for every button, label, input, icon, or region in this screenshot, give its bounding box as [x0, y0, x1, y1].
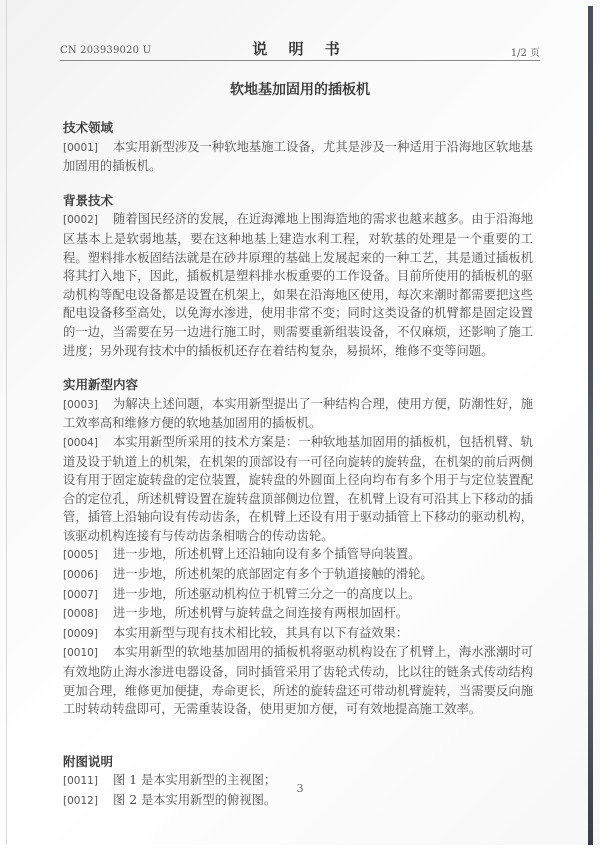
paragraph-text: 进一步地，所述机臂与旋转盘之间连接有两根加固杆。 [113, 606, 408, 620]
document-body: 技术领域 [0001]本实用新型涉及一种软地基施工设备，尤其是涉及一种适用于沿海… [63, 119, 533, 811]
paragraph-number: [0005] [63, 546, 113, 565]
paragraph-text: 随着国民经济的发展，在近海滩地上围海造地的需求也越来越多。由于沿海地区基本上是软… [63, 212, 533, 357]
paragraph-text: 本实用新型所采用的技术方案是：一种软地基加固用的插板机，包括机臂、轨道及设于轨道… [63, 435, 533, 543]
paragraph-0001: [0001]本实用新型涉及一种软地基施工设备，尤其是涉及一种适用于沿海地区软地基… [63, 138, 533, 176]
paragraph-0003: [0003]为解决上述问题，本实用新型提出了一种结构合理，使用方便，防潮性好，施… [63, 395, 533, 433]
paragraph-text: 进一步地，所述驱动机构位于机臂三分之一的高度以上。 [113, 587, 420, 601]
paragraph-0005: [0005]进一步地，所述机臂上还沿轴向设有多个插管导向装置。 [63, 545, 533, 565]
section-heading-technical-field: 技术领域 [63, 119, 533, 138]
paragraph-0008: [0008]进一步地，所述机臂与旋转盘之间连接有两根加固杆。 [63, 604, 533, 624]
paragraph-0004: [0004]本实用新型所采用的技术方案是：一种软地基加固用的插板机，包括机臂、轨… [63, 433, 533, 546]
paragraph-0009: [0009]本实用新型与现有技术相比较，其具有以下有益效果： [63, 624, 533, 644]
paragraph-0006: [0006]进一步地，所述机架的底部固定有多个于轨道接触的滑轮。 [63, 565, 533, 585]
paragraph-text: 图 2 是本实用新型的俯视图。 [113, 793, 276, 807]
scan-edge-left [6, 0, 7, 845]
document-title: 软地基加固用的插板机 [0, 79, 600, 99]
section-heading-utility-model-content: 实用新型内容 [63, 376, 533, 395]
scan-edge-right [588, 6, 593, 845]
paragraph-0007: [0007]进一步地，所述驱动机构位于机臂三分之一的高度以上。 [63, 585, 533, 605]
paragraph-text: 本实用新型涉及一种软地基施工设备，尤其是涉及一种适用于沿海地区软地基加固用的插板… [63, 140, 533, 174]
document-type: 说 明 书 [60, 38, 540, 59]
paragraph-text: 本实用新型的软地基加固用的插板机将驱动机构设在了机臂上，海水涨潮时可有效地防止海… [63, 645, 533, 716]
patent-document-page: CN 203939020 U 说 明 书 1/2 页 软地基加固用的插板机 技术… [0, 0, 600, 852]
paragraph-number: [0004] [63, 434, 113, 453]
paragraph-number: [0007] [63, 586, 113, 605]
page-header: CN 203939020 U 说 明 书 1/2 页 [60, 38, 540, 61]
paragraph-text: 本实用新型与现有技术相比较，其具有以下有益效果： [113, 626, 408, 640]
paragraph-text: 为解决上述问题，本实用新型提出了一种结构合理，使用方便，防潮性好，施工效率高和维… [63, 397, 533, 431]
paragraph-0010: [0010]本实用新型的软地基加固用的插板机将驱动机构设在了机臂上，海水涨潮时可… [63, 643, 533, 718]
page-info: 1/2 页 [511, 44, 540, 59]
paragraph-0002: [0002]随着国民经济的发展，在近海滩地上围海造地的需求也越来越多。由于沿海地… [63, 210, 533, 360]
paragraph-number: [0008] [63, 605, 113, 624]
paragraph-text: 进一步地，所述机架的底部固定有多个于轨道接触的滑轮。 [113, 567, 433, 581]
paragraph-number: [0002] [63, 211, 113, 230]
paragraph-number: [0010] [63, 644, 113, 663]
section-heading-drawings-description: 附图说明 [63, 753, 533, 772]
paragraph-number: [0003] [63, 396, 113, 415]
section-heading-background: 背景技术 [63, 192, 533, 211]
paragraph-number: [0001] [63, 139, 113, 158]
paragraph-number: [0009] [63, 625, 113, 644]
paragraph-text: 进一步地，所述机臂上还沿轴向设有多个插管导向装置。 [113, 547, 420, 561]
scan-edge-bottom [0, 845, 600, 852]
page-number: 3 [0, 782, 600, 795]
paragraph-number: [0006] [63, 566, 113, 585]
